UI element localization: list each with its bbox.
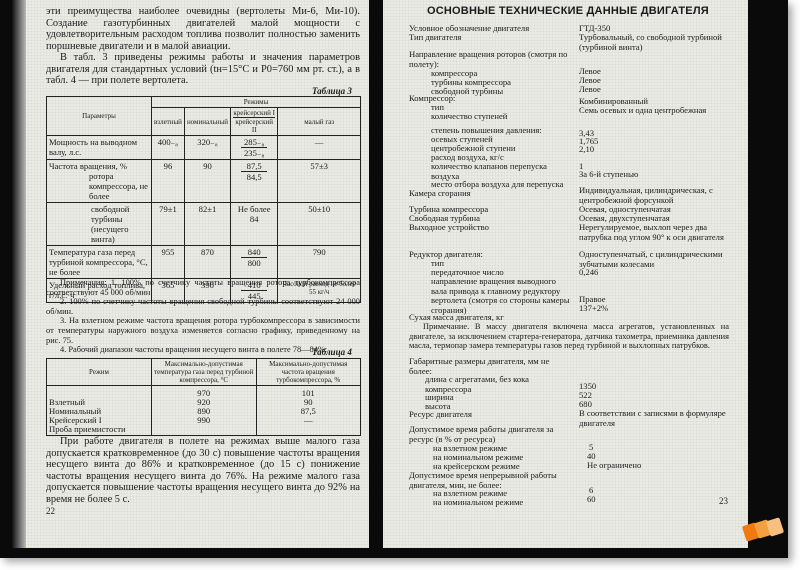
table-row: Частота вращения, %ротора компрессора, н… [47,160,361,203]
header-max-temp: Максимально-допустимая температура газа … [152,359,257,386]
table-row: свободной турбины (несущего винта) 79±1 … [47,203,361,246]
table3-caption: Таблица 3 [312,86,352,96]
left-page: эти преимущества наиболее очевидны (верт… [12,0,369,548]
intro-paragraph: эти преимущества наиболее очевидны (верт… [46,6,360,52]
table-row: Взлетный Номинальный Крейсерский I Проба… [47,386,361,436]
page-edge-shadow [12,0,26,548]
header-mode: Режим [47,359,152,386]
table3-notes: Примечания: 1. 100% по счетчику частоты … [46,278,360,355]
closing-paragraph: При работе двигателя в полете на режимах… [46,436,360,506]
col-cruise: крейсерский I крейсерский II [231,108,278,136]
page-title: ОСНОВНЫЕ ТЕХНИЧЕСКИЕ ДАННЫЕ ДВИГАТЕЛЯ [427,5,709,17]
col-takeoff: взлетный [152,108,185,136]
page-number-right: 23 [719,496,728,506]
table-4: Режим Максимально-допустимая температура… [46,358,361,436]
table-row: Мощность на выводном валу, л.с. 400₋₈ 32… [47,136,361,160]
mass-note: Примечание. В массу двигателя включена м… [409,322,729,351]
header-max-rpm: Максимально-допустимая частота вращения … [256,359,361,386]
page-number-left: 22 [46,506,55,516]
right-page: ОСНОВНЫЕ ТЕХНИЧЕСКИЕ ДАННЫЕ ДВИГАТЕЛЯ Ус… [383,0,748,548]
table-3: Параметры Режимы взлетный номинальный кр… [46,96,361,303]
table-row: Температура газа перед турбиной компресс… [47,246,361,279]
table4-caption: Таблица 4 [312,347,352,357]
col-idle: малый газ [278,108,361,136]
header-modes: Режимы [152,97,361,108]
table3-intro-paragraph: В табл. 3 приведены режимы работы и знач… [46,52,360,87]
site-logo-icon [742,516,784,546]
header-params: Параметры [47,97,152,136]
col-nominal: номинальный [184,108,230,136]
